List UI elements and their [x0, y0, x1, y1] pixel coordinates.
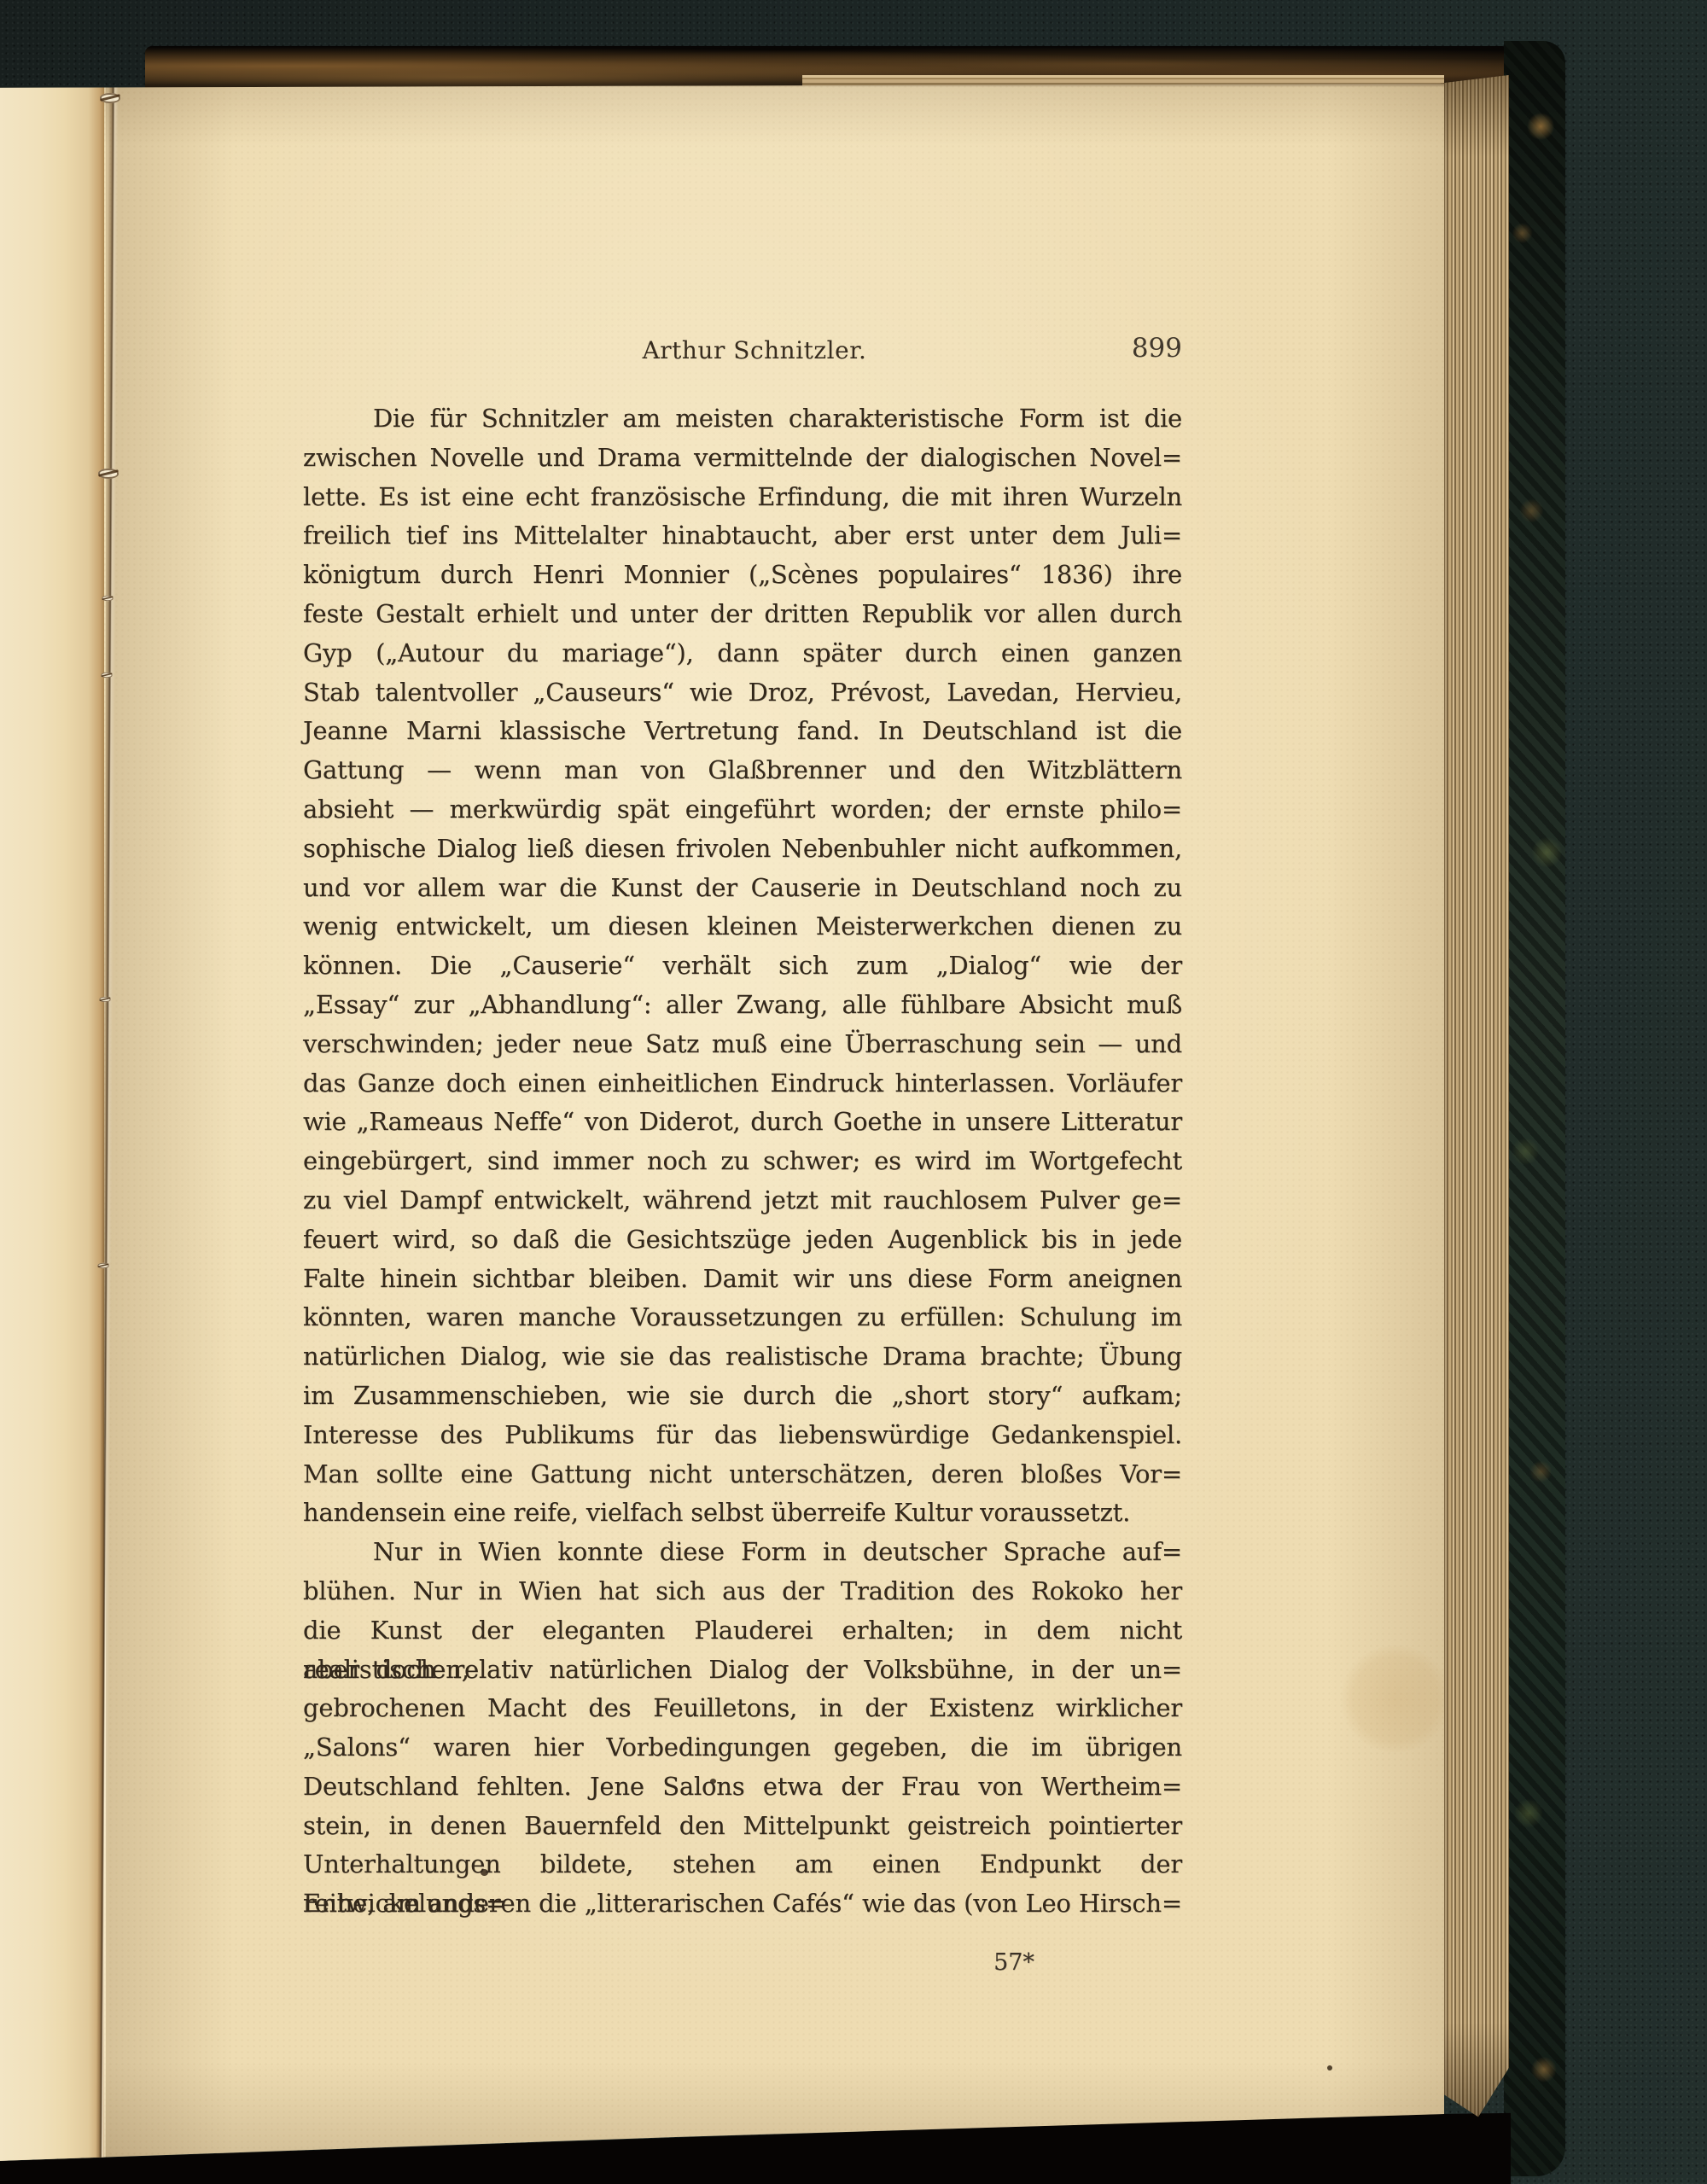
text-line: stein, in denen Bauernfeld den Mittelpun… [303, 1807, 1182, 1846]
binding-stitch [97, 92, 123, 104]
binding-stitch [100, 672, 114, 678]
text-line: Stab talentvoller „Causeurs“ wie Droz, P… [303, 673, 1182, 713]
text-line: „Salons“ waren hier Vorbedingungen gegeb… [303, 1728, 1182, 1768]
text-line: freilich tief ins Mittelalter hinabtauch… [303, 516, 1182, 556]
book-scan-background: Arthur Schnitzler. 899 Die für Schnitzle… [0, 0, 1707, 2184]
ink-speck [1327, 2065, 1332, 2070]
text-line: im Zusammenschieben, wie sie durch die „… [303, 1377, 1182, 1416]
text-line: eingebürgert, sind immer noch zu schwer;… [303, 1142, 1182, 1181]
text-line: feste Gestalt erhielt und unter der drit… [303, 595, 1182, 634]
text-line: wenig entwickelt, um diesen kleinen Meis… [303, 907, 1182, 946]
text-line: Man sollte eine Gattung nicht unterschät… [303, 1455, 1182, 1494]
text-line: wie „Rameaus Neffe“ von Diderot, durch G… [303, 1103, 1182, 1142]
page-stack-fore-edge [1441, 75, 1509, 2125]
text-line: reihe, am anderen die „litterarischen Ca… [303, 1884, 1182, 1924]
binding-stitch [96, 1262, 111, 1269]
text-line: Deutschland fehlten. Jene Salons etwa de… [303, 1768, 1182, 1807]
text-line: Nur in Wien konnte diese Form in deutsch… [303, 1533, 1182, 1572]
text-line: zwischen Novelle und Drama vermittelnde … [303, 439, 1182, 478]
running-header: Arthur Schnitzler. 899 [303, 331, 1182, 369]
text-line: können. Die „Causerie“ verhält sich zum … [303, 946, 1182, 986]
book-cover-right-edge [1504, 41, 1565, 2176]
text-line: Interesse des Publikums für das liebensw… [303, 1416, 1182, 1455]
text-line: Jeanne Marni klassische Vertretung fand.… [303, 712, 1182, 751]
text-line: Die für Schnitzler am meisten charakteri… [303, 399, 1182, 439]
facing-page-edge [0, 84, 104, 2166]
text-line: die Kunst der eleganten Plauderei erhalt… [303, 1611, 1182, 1651]
text-line: handensein eine reife, vielfach selbst ü… [303, 1494, 1182, 1533]
text-line: absieht — merkwürdig spät eingeführt wor… [303, 790, 1182, 830]
text-line: könnten, waren manche Voraussetzungen zu… [303, 1298, 1182, 1337]
text-line: aber doch relativ natürlichen Dialog der… [303, 1651, 1182, 1690]
text-line: Falte hinein sichtbar bleiben. Damit wir… [303, 1260, 1182, 1299]
signature-mark: 57* [963, 1949, 1065, 1976]
text-line: Gattung — wenn man von Glaßbrenner und d… [303, 751, 1182, 790]
text-line: verschwinden; jeder neue Satz muß eine Ü… [303, 1025, 1182, 1064]
text-line: lette. Es ist eine echt französische Erf… [303, 478, 1182, 517]
text-line: blühen. Nur in Wien hat sich aus der Tra… [303, 1572, 1182, 1611]
page-number: 899 [1071, 333, 1182, 364]
text-line: zu viel Dampf entwickelt, während jetzt … [303, 1181, 1182, 1220]
text-line: Gyp („Autour du mariage“), dann später d… [303, 634, 1182, 673]
binding-stitch [101, 595, 115, 602]
binding-stitch [96, 468, 121, 480]
gutter-shadow [106, 84, 234, 2166]
text-line: „Essay“ zur „Abhandlung“: aller Zwang, a… [303, 986, 1182, 1025]
text-line: feuert wird, so daß die Gesichtszüge jed… [303, 1220, 1182, 1260]
page-stain [1340, 1645, 1451, 1752]
book-page: Arthur Schnitzler. 899 Die für Schnitzle… [0, 84, 1444, 2166]
text-line: königtum durch Henri Monnier („Scènes po… [303, 556, 1182, 595]
text-line: und vor allem war die Kunst der Causerie… [303, 869, 1182, 908]
text-line: natürlichen Dialog, wie sie das realisti… [303, 1337, 1182, 1377]
text-line: Unterhaltungen bildete, stehen am einen … [303, 1845, 1182, 1884]
binding-stitch [98, 996, 113, 1003]
running-title: Arthur Schnitzler. [315, 336, 1194, 364]
body-text: Die für Schnitzler am meisten charakteri… [303, 399, 1182, 1924]
text-line: sophische Dialog ließ diesen frivolen Ne… [303, 830, 1182, 869]
text-line: das Ganze doch einen einheitlichen Eindr… [303, 1064, 1182, 1104]
text-line: gebrochenen Macht des Feuilletons, in de… [303, 1689, 1182, 1728]
